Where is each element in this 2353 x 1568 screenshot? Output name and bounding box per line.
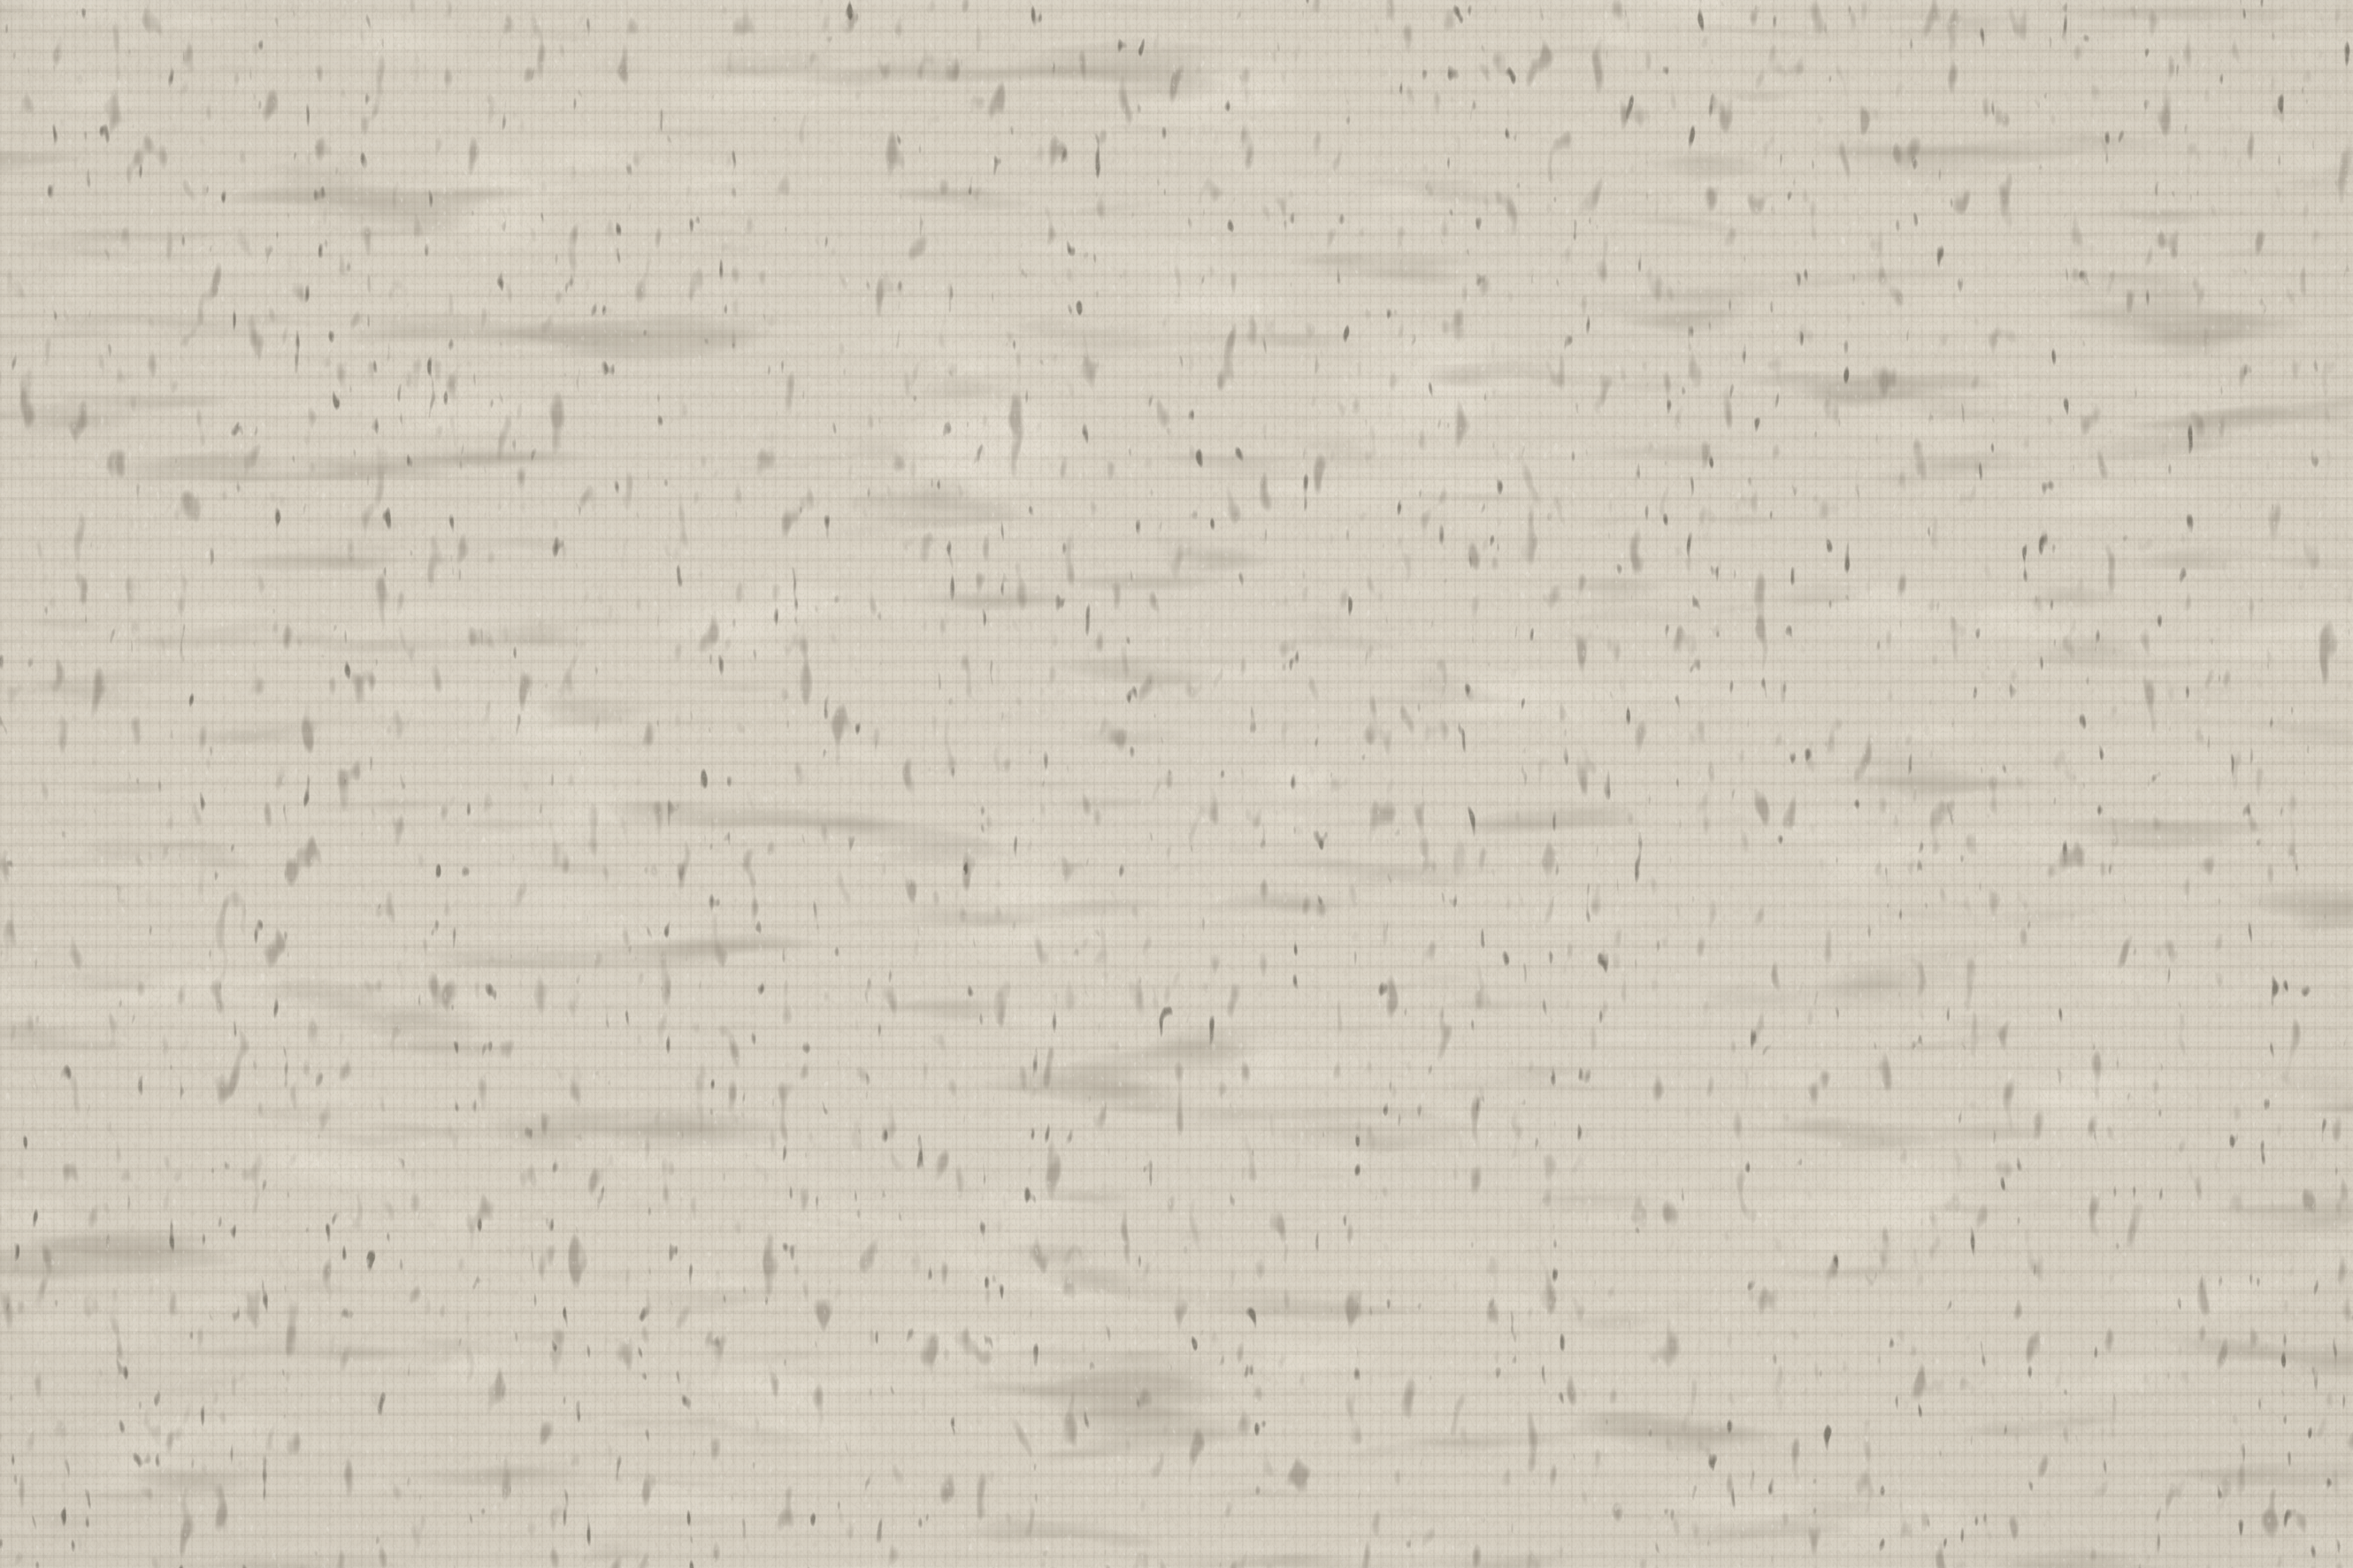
fabric-texture-photo [0,0,2353,1568]
fabric-grain-layer [0,0,2353,1568]
fabric-texture-render [0,0,2353,1568]
